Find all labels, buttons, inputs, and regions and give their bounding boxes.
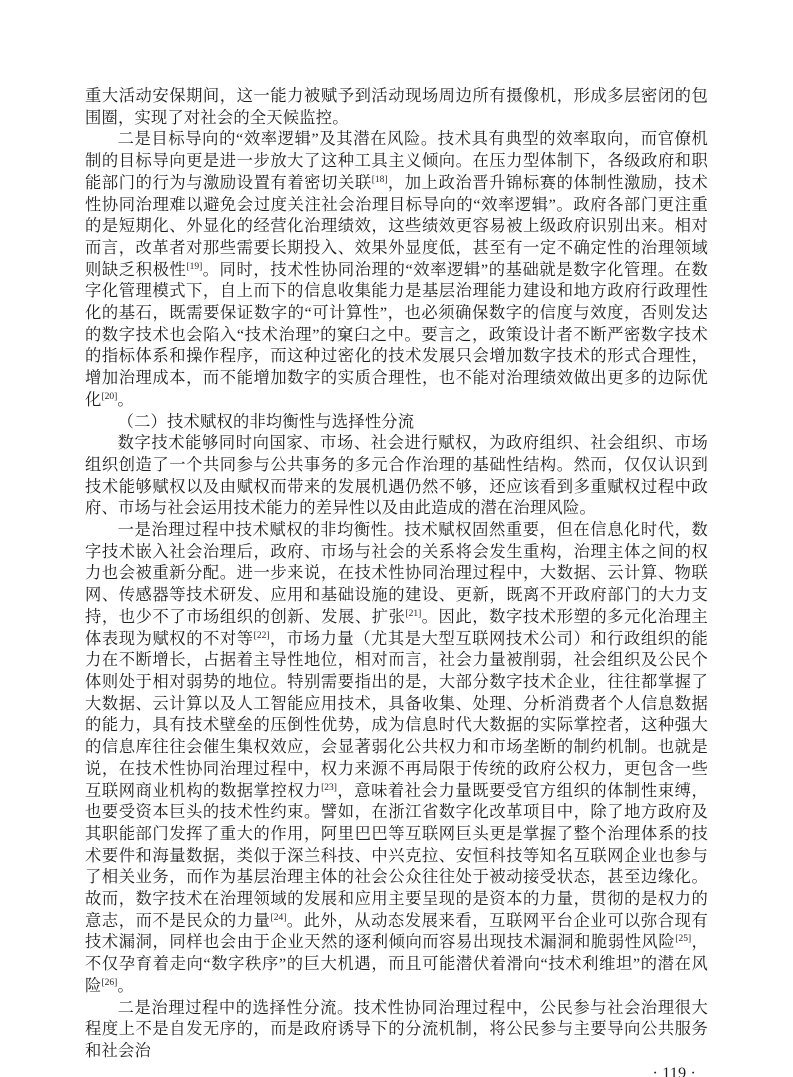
citation-ref: [24] xyxy=(271,913,287,923)
paragraph-imbalance: 一是治理过程中技术赋权的非均衡性。技术赋权固然重要，但在信息化时代，数字技术嵌入… xyxy=(85,519,708,996)
citation-ref: [19] xyxy=(186,262,202,272)
paragraph-continuation: 重大活动安保期间，这一能力被赋予到活动现场周边所有摄像机，形成多层密闭的包围圈，… xyxy=(85,85,708,128)
paragraph-selective-diversion: 二是治理过程中的选择性分流。技术性协同治理过程中，公民参与社会治理很大程度上不是… xyxy=(85,997,708,1062)
subsection-heading: （二）技术赋权的非均衡性与选择性分流 xyxy=(85,411,708,433)
paragraph-empowerment-intro: 数字技术能够同时向国家、市场、社会进行赋权，为政府组织、社会组织、市场组织创造了… xyxy=(85,432,708,519)
article-body: 重大活动安保期间，这一能力被赋予到活动现场周边所有摄像机，形成多层密闭的包围圈，… xyxy=(85,85,708,1077)
citation-ref: [22] xyxy=(254,631,270,641)
citation-ref: [21] xyxy=(405,609,421,619)
citation-ref: [18] xyxy=(372,175,388,185)
page-number: · 119 · xyxy=(85,1063,708,1077)
paragraph-efficiency-logic: 二是目标导向的“效率逻辑”及其潜在风险。技术具有典型的效率取向，而官僚机制的目标… xyxy=(85,128,708,410)
citation-ref: [20] xyxy=(101,392,117,402)
citation-ref: [25] xyxy=(675,934,691,944)
citation-ref: [23] xyxy=(321,783,337,793)
paper-page: 重大活动安保期间，这一能力被赋予到活动现场周边所有摄像机，形成多层密闭的包围圈，… xyxy=(0,0,793,1077)
citation-ref: [26] xyxy=(101,978,117,988)
paragraph-container: 重大活动安保期间，这一能力被赋予到活动现场周边所有摄像机，形成多层密闭的包围圈，… xyxy=(85,85,708,1062)
